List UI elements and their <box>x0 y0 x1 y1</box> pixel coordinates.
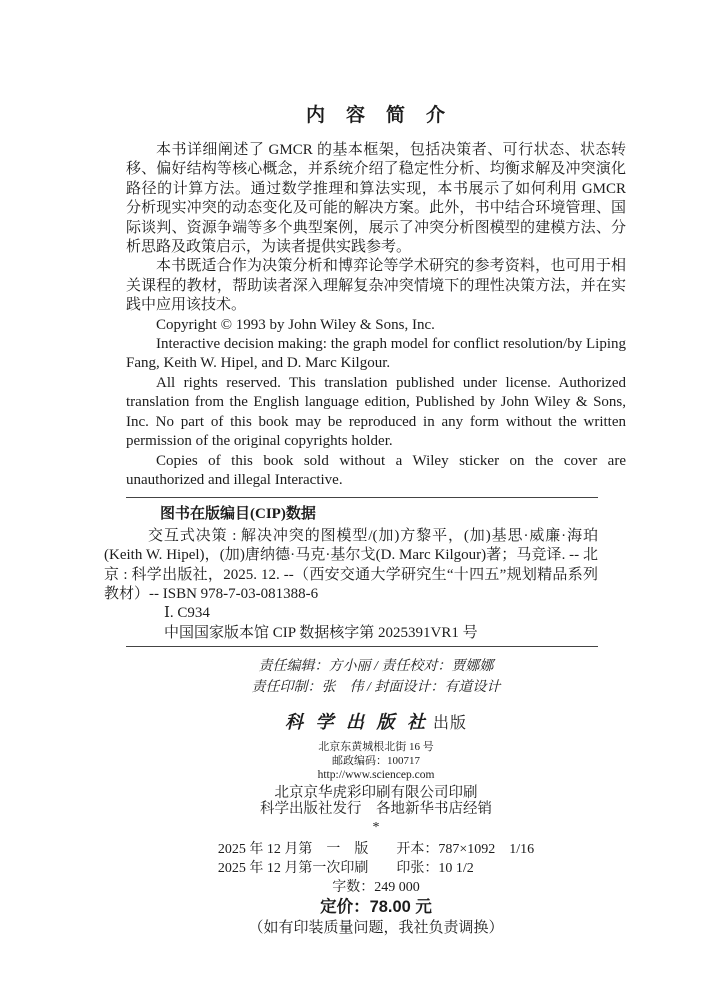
copyright-page: 内 容 简 介 本书详细阐述了 GMCR 的基本框架，包括决策者、可行状态、状态… <box>0 0 720 1000</box>
rights-paragraph: All rights reserved. This translation pu… <box>126 374 626 452</box>
original-title-line: Interactive decision making: the graph m… <box>126 335 626 374</box>
cip-register-number: 中国国家版本馆 CIP 数据核字第 2025391VR1 号 <box>104 624 598 643</box>
price-line: 定价：78.00 元 <box>126 897 626 918</box>
summary-section: 本书详细阐述了 GMCR 的基本框架，包括决策者、可行状态、状态转移、偏好结构等… <box>126 141 626 490</box>
editors-line-1: 责任编辑：方小丽 / 责任校对：贾娜娜 <box>126 656 626 677</box>
page-title: 内 容 简 介 <box>126 104 626 128</box>
cip-class-code: Ⅰ. C934 <box>104 604 598 623</box>
publisher-website: http://www.sciencep.com <box>126 768 626 782</box>
publisher-address: 北京东黄城根北街 16 号 <box>126 740 626 754</box>
publisher-suffix: 出版 <box>433 715 467 732</box>
printer-line: 北京京华虎彩印刷有限公司印刷 <box>126 785 626 801</box>
page-content: 内 容 简 介 本书详细阐述了 GMCR 的基本框架，包括决策者、可行状态、状态… <box>126 0 626 938</box>
editors-line-2: 责任印制：张 伟 / 封面设计：有道设计 <box>126 677 626 698</box>
edition-line: 2025 年 12 月第 一 版 开本：787×1092 1/16 <box>218 840 534 859</box>
edition-block-wrapper: 2025 年 12 月第 一 版 开本：787×1092 1/16 2025 年… <box>126 835 626 878</box>
publisher-logo-text: 科 学 出 版 社 <box>285 712 429 732</box>
publisher-postcode: 邮政编码：100717 <box>126 754 626 768</box>
colophon-section: 责任编辑：方小丽 / 责任校对：贾娜娜 责任印制：张 伟 / 封面设计：有道设计… <box>126 656 626 938</box>
divider-top <box>126 497 598 498</box>
distribution-line: 科学出版社发行 各地新华书店经销 <box>126 801 626 817</box>
cip-record: 交互式决策 : 解决冲突的图模型/(加)方黎平，(加)基思·威廉·海珀(Keit… <box>104 527 598 605</box>
quality-notice-line: （如有印装质量问题，我社负责调换） <box>126 918 626 938</box>
publisher-line: 科 学 出 版 社 出版 <box>126 710 626 736</box>
cip-heading: 图书在版编目(CIP)数据 <box>104 505 598 524</box>
word-count-line: 字数：249 000 <box>126 878 626 897</box>
copyright-line: Copyright © 1993 by John Wiley & Sons, I… <box>126 316 626 335</box>
summary-paragraph-1: 本书详细阐述了 GMCR 的基本框架，包括决策者、可行状态、状态转移、偏好结构等… <box>126 141 626 257</box>
cip-section: 图书在版编目(CIP)数据 交互式决策 : 解决冲突的图模型/(加)方黎平，(加… <box>104 505 598 643</box>
summary-paragraph-2: 本书既适合作为决策分析和博弈论等学术研究的参考资料，也可用于相关课程的教材，帮助… <box>126 257 626 315</box>
separator-star: * <box>126 821 626 835</box>
divider-bottom <box>126 646 598 647</box>
wiley-sticker-paragraph: Copies of this book sold without a Wiley… <box>126 452 626 491</box>
printing-line: 2025 年 12 月第一次印刷 印张：10 1/2 <box>218 859 534 878</box>
edition-block: 2025 年 12 月第 一 版 开本：787×1092 1/16 2025 年… <box>218 840 534 878</box>
